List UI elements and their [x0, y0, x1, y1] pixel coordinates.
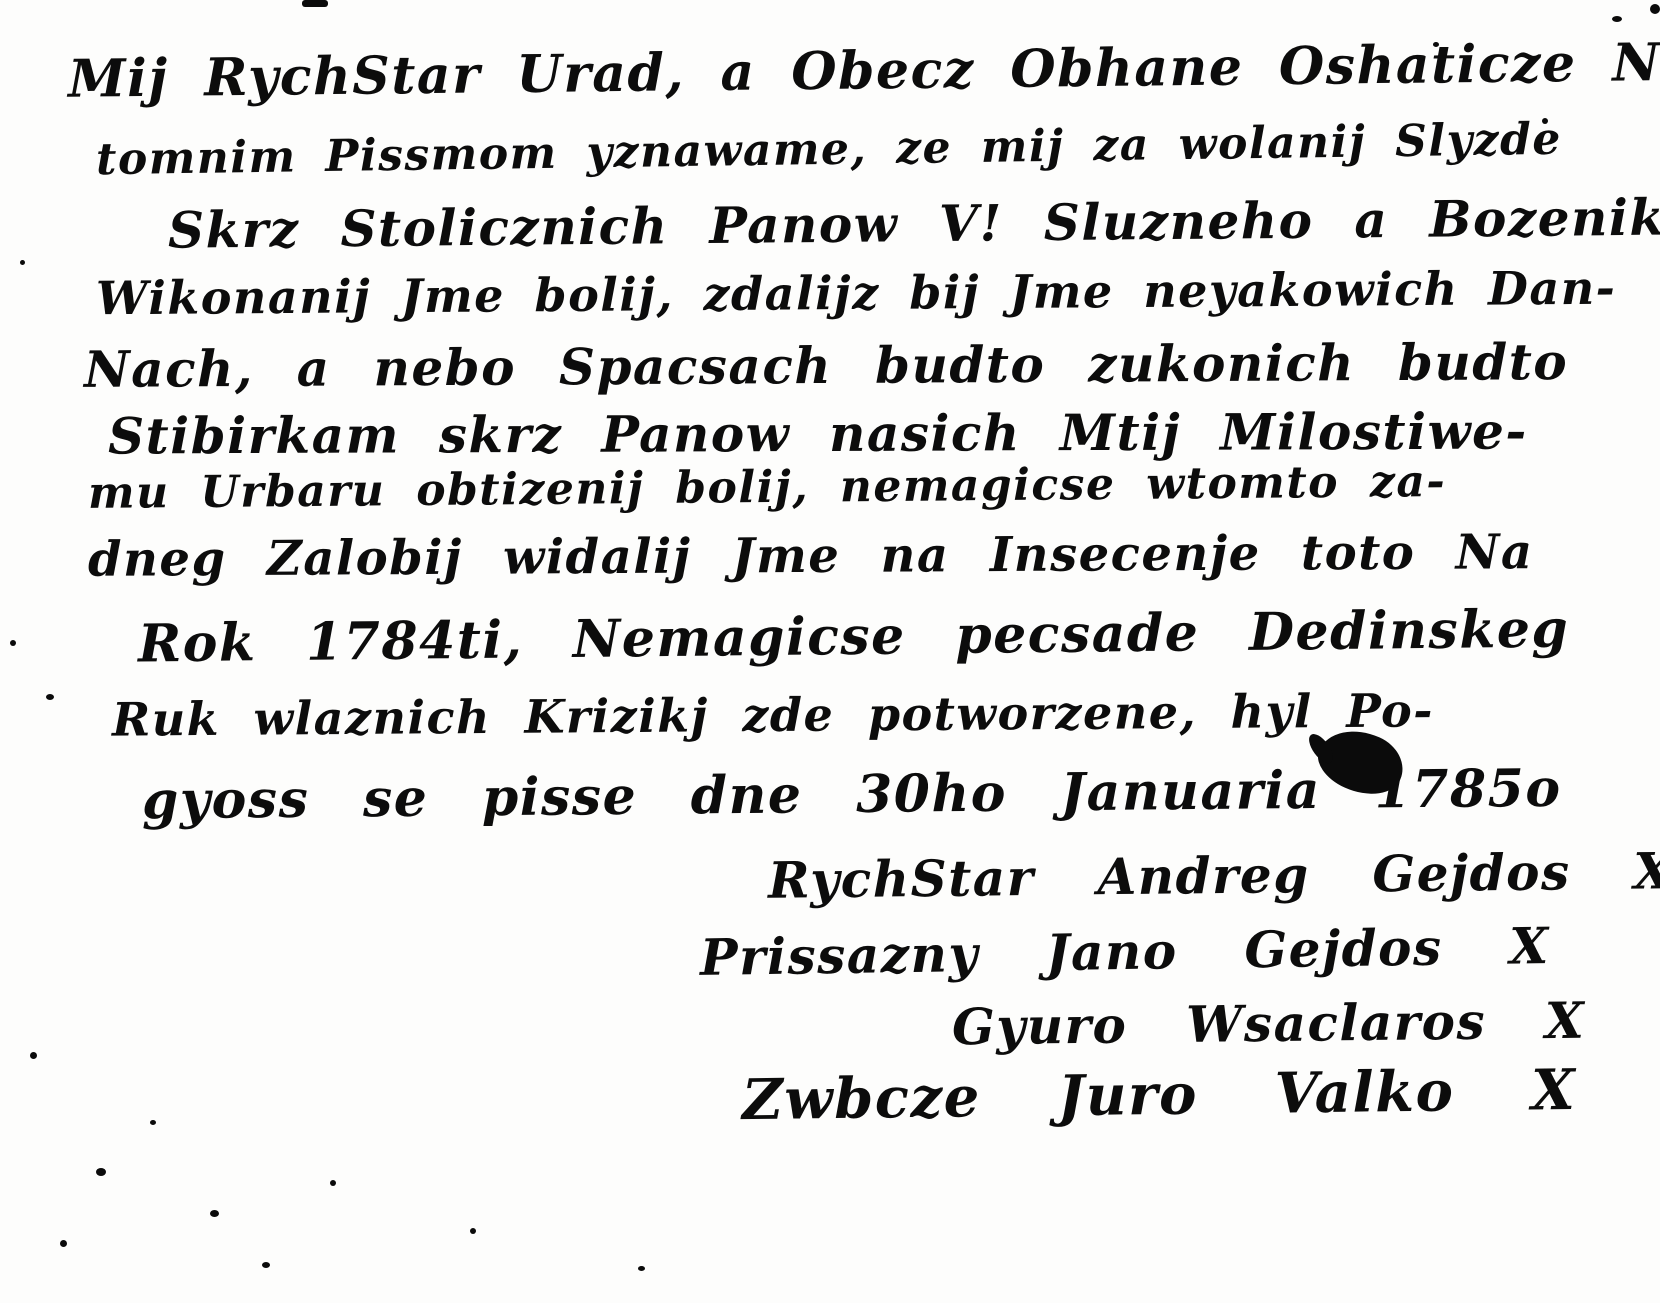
text-line: Stibirkam skrz Panow nasich Mtij Milosti…: [108, 402, 1528, 466]
text-line: Rok 1784ti, Nemagicse pecsade Dedinskeg: [138, 599, 1570, 675]
ink-speck: [46, 694, 54, 700]
ink-speck: [210, 1210, 219, 1217]
text-line: tomnim Pissmom yznawame, ze mij za wolan…: [96, 114, 1562, 185]
signature-line: Gyuro Wsaclaros X: [952, 991, 1586, 1057]
ink-speck: [60, 1240, 67, 1247]
text-line: Mij RychStar Urad, a Obecz Obhane Oshati…: [68, 31, 1660, 110]
ink-speck: [10, 640, 16, 646]
signature-line: Prissazny Jano Gejdos X: [700, 916, 1551, 987]
ink-speck: [1240, 140, 1245, 145]
signature-line: Zwbcze Juro Valko X: [742, 1057, 1577, 1133]
ink-speck: [96, 1168, 106, 1176]
text-line: Ruk wlaznich Krizikj zde potworzene, hyl…: [112, 683, 1434, 746]
ink-speck: [262, 1262, 270, 1268]
text-line: Nach, a nebo Spacsach budto zukonich bud…: [84, 332, 1568, 399]
ink-speck: [150, 1120, 156, 1125]
ink-speck: [20, 260, 25, 265]
ink-speck: [30, 1052, 37, 1059]
ink-speck: [302, 0, 328, 7]
text-line: Wikonanij Jme bolij, zdalijz bij Jme ney…: [96, 261, 1617, 326]
ink-speck: [1542, 118, 1548, 124]
text-line: Skrz Stolicznich Panow V! Sluzneho a Boz…: [168, 187, 1660, 259]
ink-speck: [1612, 16, 1622, 22]
text-line: dneg Zalobij widalij Jme na Insecenje to…: [88, 524, 1534, 588]
ink-speck: [1433, 42, 1439, 47]
manuscript-page: Mij RychStar Urad, a Obecz Obhane Oshati…: [0, 0, 1660, 1303]
ink-speck: [638, 1266, 645, 1271]
ink-speck: [470, 1228, 476, 1234]
ink-speck: [330, 1180, 336, 1186]
signature-line: RychStar Andreg Gejdos X: [768, 841, 1660, 909]
text-line: mu Urbaru obtizenij bolij, nemagicse wto…: [88, 456, 1447, 519]
ink-speck: [1650, 4, 1660, 14]
